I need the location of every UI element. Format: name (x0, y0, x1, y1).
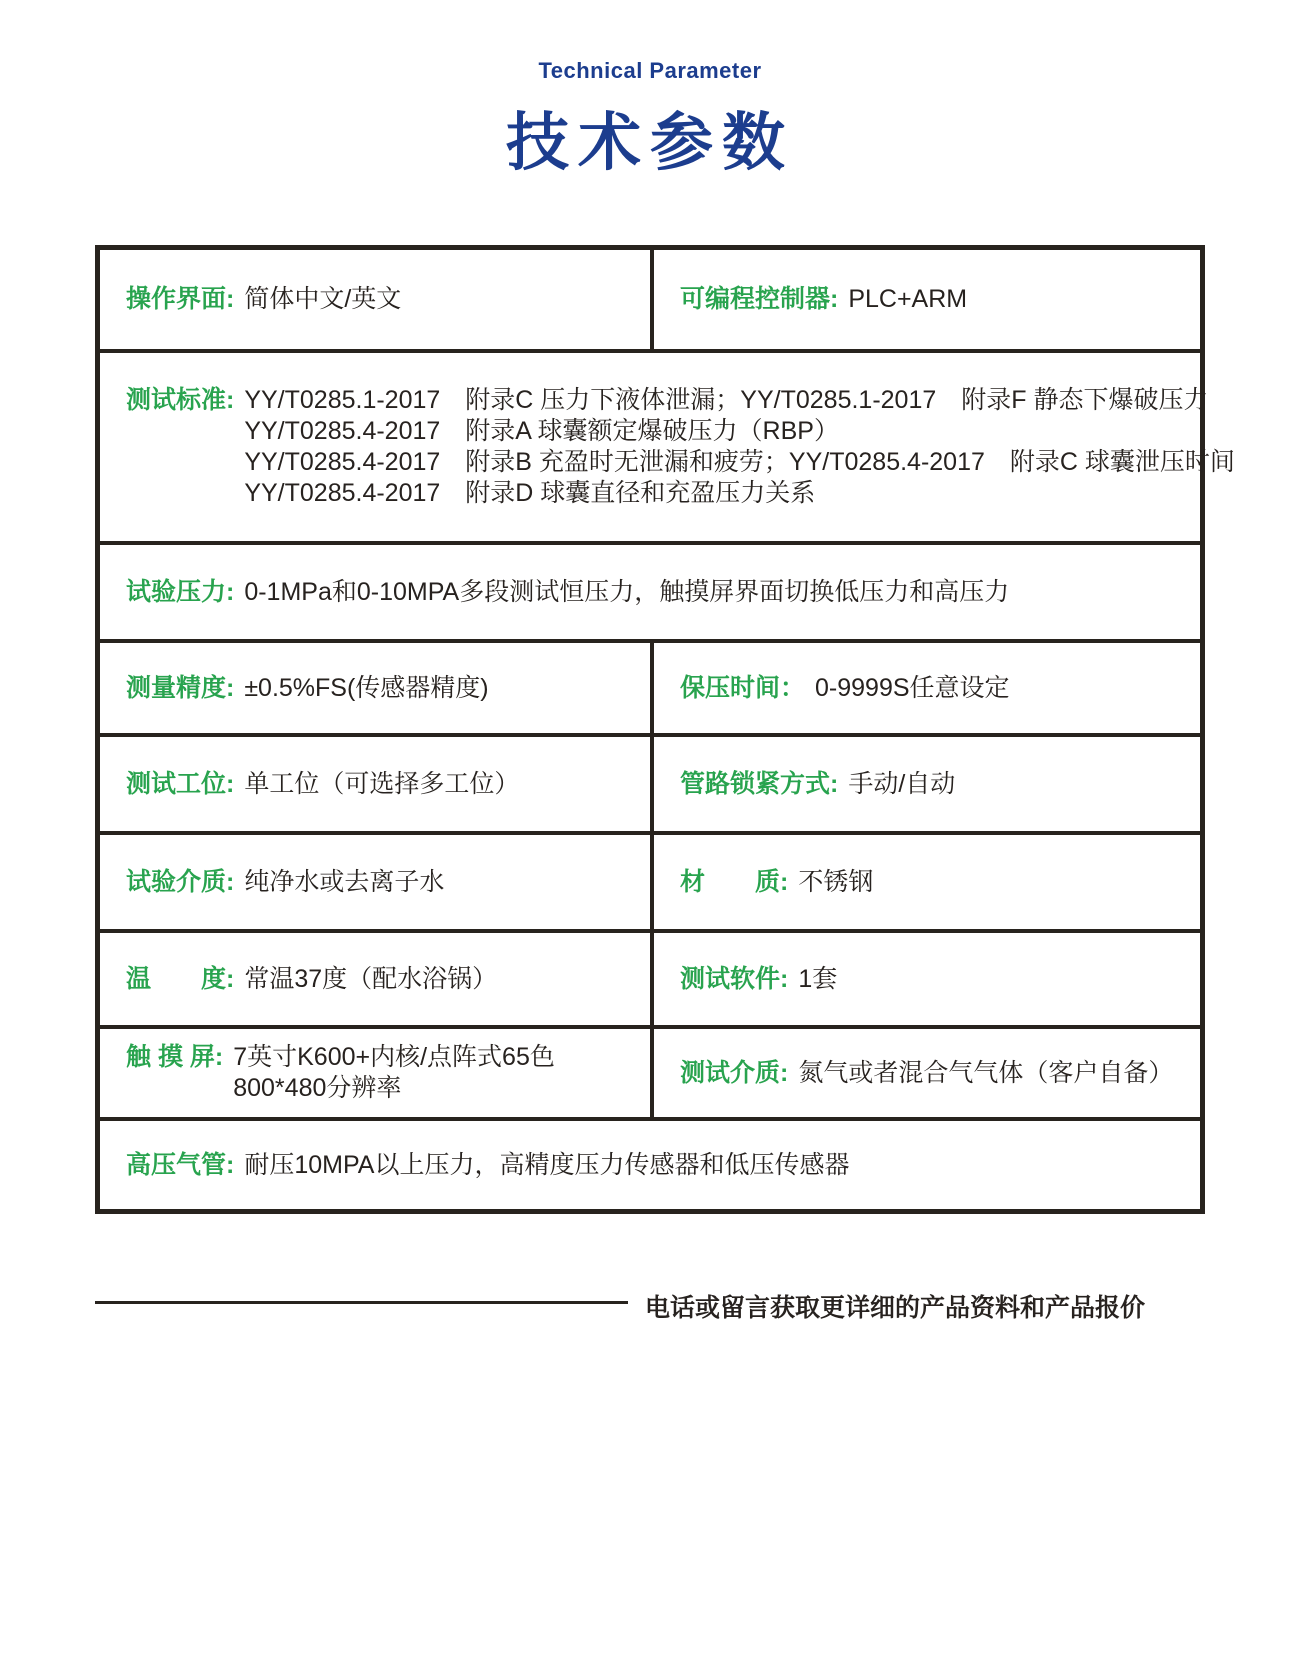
cell-test-medium-liquid: 试验介质: 纯净水或去离子水 (100, 835, 650, 929)
param-label: 试验压力: (126, 577, 234, 608)
page-title: 技术参数 (0, 92, 1300, 183)
table-row-test-pressure: 试验压力: 0-1MPa和0-10MPA多段测试恒压力，触摸屏界面切换低压力和高… (100, 541, 1200, 639)
cell-temperature: 温 度: 常温37度（配水浴锅） (100, 933, 650, 1025)
label-value-pair: 触 摸 屏: 7英寸K600+内核/点阵式65色 800*480分辨率 (126, 1042, 555, 1104)
param-value: 0-1MPa和0-10MPA多段测试恒压力，触摸屏界面切换低压力和高压力 (244, 577, 1009, 608)
cell-test-medium-gas: 测试介质: 氮气或者混合气气体（客户自备） (650, 1029, 1200, 1117)
footer-note: 电话或留言获取更详细的产品资料和产品报价 (645, 1288, 1145, 1324)
param-label: 测试标准: (126, 385, 234, 416)
param-label: 测试介质: (680, 1058, 788, 1089)
cell-controller: 可编程控制器: PLC+ARM (650, 250, 1200, 349)
param-value: 简体中文/英文 (244, 284, 401, 315)
param-label: 触 摸 屏: (126, 1042, 223, 1073)
param-label: 保压时间： (680, 673, 805, 704)
table-row-stations: 测试工位: 单工位（可选择多工位） 管路锁紧方式: 手动/自动 (100, 733, 1200, 831)
param-value: 单工位（可选择多工位） (244, 769, 519, 800)
standard-line: YY/T0285.4-2017 附录D 球囊直径和充盈压力关系 (244, 478, 1235, 509)
param-value: 纯净水或去离子水 (244, 867, 444, 898)
screen-spec-line: 800*480分辨率 (233, 1073, 555, 1104)
param-label: 材 质: (680, 867, 788, 898)
table-row-high-pressure-pipe: 高压气管: 耐压10MPA以上压力，高精度压力传感器和低压传感器 (100, 1117, 1200, 1209)
cell-test-pressure: 试验压力: 0-1MPa和0-10MPA多段测试恒压力，触摸屏界面切换低压力和高… (100, 545, 1200, 639)
screen-spec-line: 7英寸K600+内核/点阵式65色 (233, 1042, 555, 1073)
param-label: 可编程控制器: (680, 284, 838, 315)
page-header: Technical Parameter 技术参数 (0, 58, 1300, 183)
table-row-temperature-software: 温 度: 常温37度（配水浴锅） 测试软件: 1套 (100, 929, 1200, 1025)
param-value: PLC+ARM (848, 284, 967, 315)
cell-high-pressure-pipe: 高压气管: 耐压10MPA以上压力，高精度压力传感器和低压传感器 (100, 1121, 1200, 1209)
subtitle-english: Technical Parameter (0, 58, 1300, 84)
param-value: 1套 (798, 964, 837, 995)
cell-test-station: 测试工位: 单工位（可选择多工位） (100, 737, 650, 831)
cell-test-standards: 测试标准: YY/T0285.1-2017 附录C 压力下液体泄漏；YY/T02… (100, 353, 1249, 541)
standard-line: YY/T0285.1-2017 附录C 压力下液体泄漏；YY/T0285.1-2… (244, 385, 1235, 416)
param-label: 高压气管: (126, 1150, 234, 1181)
param-label: 管路锁紧方式: (680, 769, 838, 800)
param-label: 温 度: (126, 964, 234, 995)
cell-material: 材 质: 不锈钢 (650, 835, 1200, 929)
page: Technical Parameter 技术参数 操作界面: 简体中文/英文 可… (0, 0, 1300, 1677)
param-value: 常温37度（配水浴锅） (244, 964, 497, 995)
param-value: 耐压10MPA以上压力，高精度压力传感器和低压传感器 (244, 1150, 849, 1181)
param-label: 测量精度: (126, 673, 234, 704)
param-label: 测试工位: (126, 769, 234, 800)
param-label: 测试软件: (680, 964, 788, 995)
cell-measure-accuracy: 测量精度: ±0.5%FS(传感器精度) (100, 643, 650, 733)
divider-line (95, 1301, 628, 1304)
table-row-interface: 操作界面: 简体中文/英文 可编程控制器: PLC+ARM (100, 250, 1200, 349)
param-label: 操作界面: (126, 284, 234, 315)
param-value: 氮气或者混合气气体（客户自备） (798, 1058, 1173, 1089)
param-value-multiline: YY/T0285.1-2017 附录C 压力下液体泄漏；YY/T0285.1-2… (244, 385, 1235, 509)
cell-hold-time: 保压时间： 0-9999S任意设定 (650, 643, 1200, 733)
param-value: 不锈钢 (798, 867, 873, 898)
label-value-pair: 测试标准: YY/T0285.1-2017 附录C 压力下液体泄漏；YY/T02… (126, 385, 1235, 509)
spec-table: 操作界面: 简体中文/英文 可编程控制器: PLC+ARM 测试标准: YY/T… (95, 245, 1205, 1214)
cell-operation-interface: 操作界面: 简体中文/英文 (100, 250, 650, 349)
param-label: 试验介质: (126, 867, 234, 898)
param-value-multiline: 7英寸K600+内核/点阵式65色 800*480分辨率 (233, 1042, 555, 1104)
standard-line: YY/T0285.4-2017 附录B 充盈时无泄漏和疲劳；YY/T0285.4… (244, 447, 1235, 478)
param-value: 手动/自动 (848, 769, 955, 800)
param-value: ±0.5%FS(传感器精度) (244, 673, 488, 704)
param-value: 0-9999S任意设定 (815, 673, 1010, 704)
cell-test-software: 测试软件: 1套 (650, 933, 1200, 1025)
table-row-medium-material: 试验介质: 纯净水或去离子水 材 质: 不锈钢 (100, 831, 1200, 929)
cell-touch-screen: 触 摸 屏: 7英寸K600+内核/点阵式65色 800*480分辨率 (100, 1029, 650, 1117)
table-row-accuracy: 测量精度: ±0.5%FS(传感器精度) 保压时间： 0-9999S任意设定 (100, 639, 1200, 733)
table-row-touchscreen-gas: 触 摸 屏: 7英寸K600+内核/点阵式65色 800*480分辨率 测试介质… (100, 1025, 1200, 1117)
standard-line: YY/T0285.4-2017 附录A 球囊额定爆破压力（RBP） (244, 416, 1235, 447)
cell-pipe-locking: 管路锁紧方式: 手动/自动 (650, 737, 1200, 831)
table-row-test-standards: 测试标准: YY/T0285.1-2017 附录C 压力下液体泄漏；YY/T02… (100, 349, 1200, 541)
